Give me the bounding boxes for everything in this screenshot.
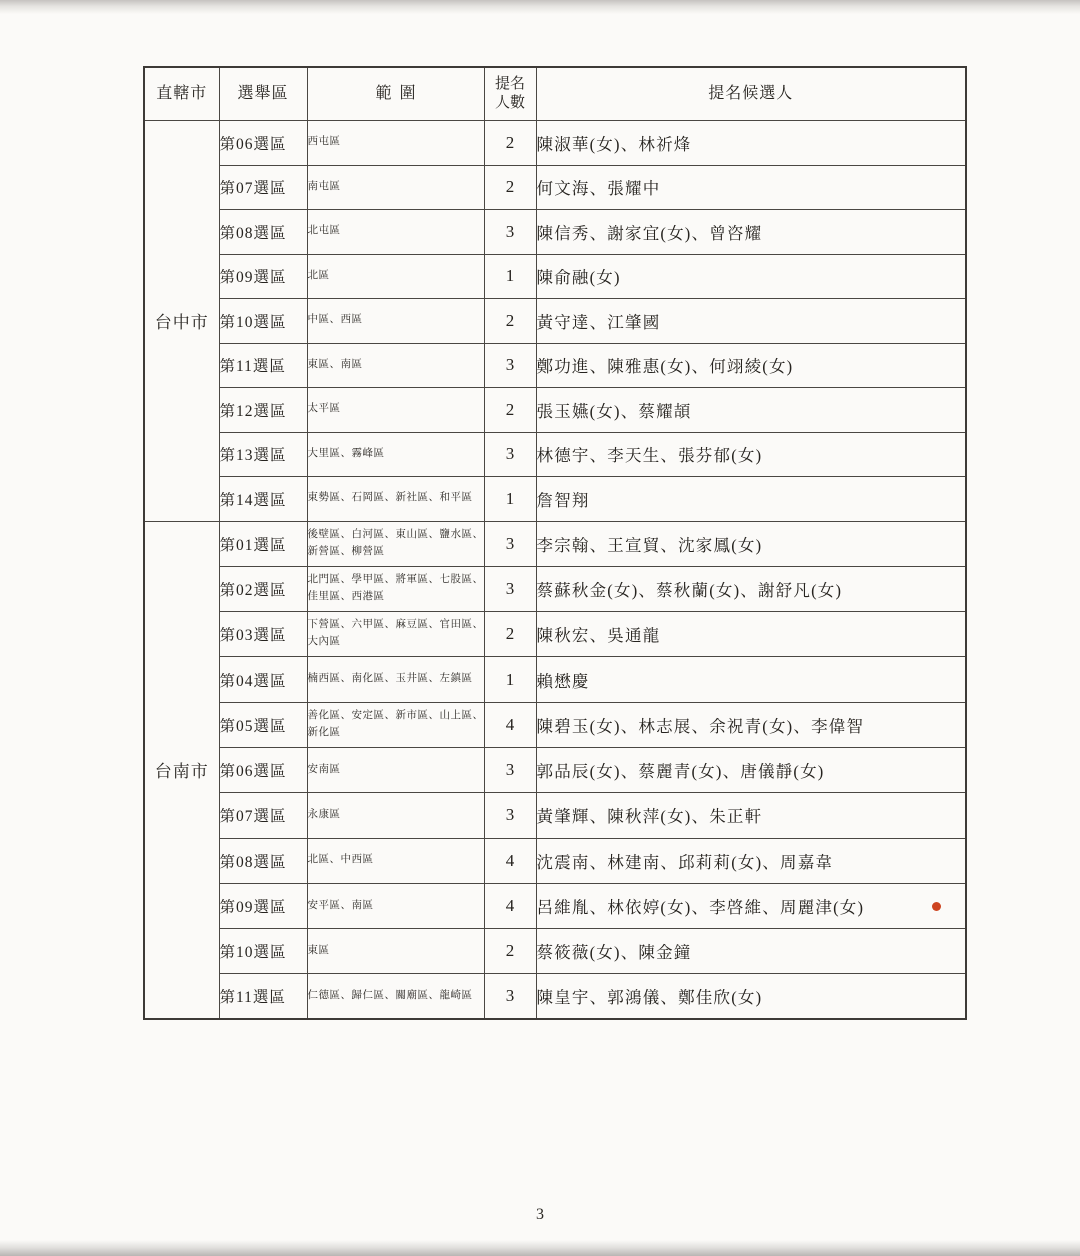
count-cell: 4 [484, 838, 536, 883]
header-row: 直轄市 選舉區 範圍 提名 人數 提名候選人 [144, 67, 966, 121]
scope-cell: 下營區、六甲區、麻豆區、官田區、大內區 [307, 612, 484, 657]
candidates-cell: 沈震南、林建南、邱莉莉(女)、周嘉韋 [536, 838, 966, 883]
municipality-cell: 台南市 [144, 521, 219, 1019]
candidates-cell: 賴懋慶 [536, 657, 966, 702]
scope-cell: 北屯區 [307, 210, 484, 255]
district-cell: 第09選區 [219, 254, 307, 299]
candidates-cell: 蔡蘇秋金(女)、蔡秋蘭(女)、謝舒凡(女) [536, 566, 966, 611]
candidates-cell: 詹智翔 [536, 477, 966, 522]
red-dot-marker [932, 902, 941, 911]
count-cell: 3 [484, 210, 536, 255]
count-cell: 3 [484, 566, 536, 611]
count-cell: 3 [484, 747, 536, 792]
candidates-cell: 呂維胤、林依婷(女)、李啓維、周麗津(女) [536, 883, 966, 928]
candidates-cell: 林德宇、李天生、張芬郁(女) [536, 432, 966, 477]
scope-cell: 後壁區、白河區、東山區、鹽水區、新營區、柳營區 [307, 521, 484, 566]
scope-cell: 安南區 [307, 747, 484, 792]
district-cell: 第12選區 [219, 388, 307, 433]
scope-cell: 仁德區、歸仁區、關廟區、龍崎區 [307, 974, 484, 1019]
candidates-cell: 陳淑華(女)、林祈烽 [536, 121, 966, 166]
count-cell: 2 [484, 121, 536, 166]
table-row: 第08選區北區、中西區4沈震南、林建南、邱莉莉(女)、周嘉韋 [144, 838, 966, 883]
scope-cell: 北門區、學甲區、將軍區、七股區、佳里區、西港區 [307, 566, 484, 611]
district-cell: 第08選區 [219, 210, 307, 255]
count-cell: 3 [484, 974, 536, 1019]
candidates-cell: 陳俞融(女) [536, 254, 966, 299]
header-district: 選舉區 [219, 67, 307, 121]
table-row: 第14選區東勢區、石岡區、新社區、和平區1詹智翔 [144, 477, 966, 522]
scope-cell: 安平區、南區 [307, 883, 484, 928]
table-row: 第09選區北區1陳俞融(女) [144, 254, 966, 299]
table-row: 第08選區北屯區3陳信秀、謝家宜(女)、曾咨耀 [144, 210, 966, 255]
table-row: 第07選區永康區3黃肇輝、陳秋萍(女)、朱正軒 [144, 793, 966, 838]
table-row: 第09選區安平區、南區4呂維胤、林依婷(女)、李啓維、周麗津(女) [144, 883, 966, 928]
candidates-cell: 黃守達、江肇國 [536, 299, 966, 344]
table-row: 台中市第06選區西屯區2陳淑華(女)、林祈烽 [144, 121, 966, 166]
district-cell: 第11選區 [219, 974, 307, 1019]
scope-cell: 永康區 [307, 793, 484, 838]
count-cell: 2 [484, 612, 536, 657]
district-cell: 第06選區 [219, 747, 307, 792]
candidates-cell: 何文海、張耀中 [536, 165, 966, 210]
district-cell: 第10選區 [219, 299, 307, 344]
table-row: 第13選區大里區、霧峰區3林德宇、李天生、張芬郁(女) [144, 432, 966, 477]
table-row: 第04選區楠西區、南化區、玉井區、左鎮區1賴懋慶 [144, 657, 966, 702]
district-cell: 第14選區 [219, 477, 307, 522]
count-cell: 3 [484, 793, 536, 838]
scope-cell: 東勢區、石岡區、新社區、和平區 [307, 477, 484, 522]
district-cell: 第10選區 [219, 929, 307, 974]
candidates-cell: 鄭功進、陳雅惠(女)、何翊綾(女) [536, 343, 966, 388]
table-row: 第10選區東區2蔡筱薇(女)、陳金鐘 [144, 929, 966, 974]
scope-cell: 楠西區、南化區、玉井區、左鎮區 [307, 657, 484, 702]
candidates-cell: 陳信秀、謝家宜(女)、曾咨耀 [536, 210, 966, 255]
nomination-table: 直轄市 選舉區 範圍 提名 人數 提名候選人 台中市第06選區西屯區2陳淑華(女… [143, 66, 967, 1020]
count-cell: 1 [484, 254, 536, 299]
count-cell: 3 [484, 521, 536, 566]
count-cell: 2 [484, 388, 536, 433]
count-cell: 1 [484, 477, 536, 522]
district-cell: 第03選區 [219, 612, 307, 657]
scope-cell: 大里區、霧峰區 [307, 432, 484, 477]
table-row: 第05選區善化區、安定區、新市區、山上區、新化區4陳碧玉(女)、林志展、余祝青(… [144, 702, 966, 747]
district-cell: 第09選區 [219, 883, 307, 928]
header-candidates: 提名候選人 [536, 67, 966, 121]
table-row: 第07選區南屯區2何文海、張耀中 [144, 165, 966, 210]
header-municipality: 直轄市 [144, 67, 219, 121]
table-row: 第12選區太平區2張玉嬿(女)、蔡耀頡 [144, 388, 966, 433]
table-row: 第03選區下營區、六甲區、麻豆區、官田區、大內區2陳秋宏、吳通龍 [144, 612, 966, 657]
district-cell: 第02選區 [219, 566, 307, 611]
count-cell: 2 [484, 299, 536, 344]
scope-cell: 善化區、安定區、新市區、山上區、新化區 [307, 702, 484, 747]
count-cell: 3 [484, 343, 536, 388]
count-cell: 4 [484, 702, 536, 747]
district-cell: 第07選區 [219, 793, 307, 838]
candidates-cell: 蔡筱薇(女)、陳金鐘 [536, 929, 966, 974]
table-row: 第02選區北門區、學甲區、將軍區、七股區、佳里區、西港區3蔡蘇秋金(女)、蔡秋蘭… [144, 566, 966, 611]
district-cell: 第04選區 [219, 657, 307, 702]
district-cell: 第13選區 [219, 432, 307, 477]
scope-cell: 南屯區 [307, 165, 484, 210]
table-row: 第10選區中區、西區2黃守達、江肇國 [144, 299, 966, 344]
header-scope: 範圍 [307, 67, 484, 121]
scope-cell: 中區、西區 [307, 299, 484, 344]
district-cell: 第01選區 [219, 521, 307, 566]
candidates-cell: 黃肇輝、陳秋萍(女)、朱正軒 [536, 793, 966, 838]
scan-artifact-top [0, 0, 1080, 14]
district-cell: 第06選區 [219, 121, 307, 166]
table-row: 第11選區東區、南區3鄭功進、陳雅惠(女)、何翊綾(女) [144, 343, 966, 388]
count-cell: 3 [484, 432, 536, 477]
header-count: 提名 人數 [484, 67, 536, 121]
table-row: 第06選區安南區3郭品辰(女)、蔡麗青(女)、唐儀靜(女) [144, 747, 966, 792]
municipality-cell: 台中市 [144, 121, 219, 522]
count-cell: 1 [484, 657, 536, 702]
scan-artifact-bottom [0, 1240, 1080, 1256]
scope-cell: 東區 [307, 929, 484, 974]
district-cell: 第08選區 [219, 838, 307, 883]
district-cell: 第07選區 [219, 165, 307, 210]
candidates-cell: 張玉嬿(女)、蔡耀頡 [536, 388, 966, 433]
scope-cell: 北區 [307, 254, 484, 299]
candidates-cell: 陳皇宇、郭鴻儀、鄭佳欣(女) [536, 974, 966, 1019]
district-cell: 第05選區 [219, 702, 307, 747]
table-row: 台南市第01選區後壁區、白河區、東山區、鹽水區、新營區、柳營區3李宗翰、王宣貿、… [144, 521, 966, 566]
count-cell: 4 [484, 883, 536, 928]
count-cell: 2 [484, 929, 536, 974]
candidates-cell: 陳秋宏、吳通龍 [536, 612, 966, 657]
candidates-cell: 郭品辰(女)、蔡麗青(女)、唐儀靜(女) [536, 747, 966, 792]
scope-cell: 西屯區 [307, 121, 484, 166]
table-row: 第11選區仁德區、歸仁區、關廟區、龍崎區3陳皇宇、郭鴻儀、鄭佳欣(女) [144, 974, 966, 1019]
candidates-cell: 李宗翰、王宣貿、沈家鳳(女) [536, 521, 966, 566]
district-cell: 第11選區 [219, 343, 307, 388]
scope-cell: 太平區 [307, 388, 484, 433]
page-number: 3 [0, 1206, 1080, 1224]
scope-cell: 北區、中西區 [307, 838, 484, 883]
count-cell: 2 [484, 165, 536, 210]
scope-cell: 東區、南區 [307, 343, 484, 388]
candidates-cell: 陳碧玉(女)、林志展、余祝青(女)、李偉智 [536, 702, 966, 747]
